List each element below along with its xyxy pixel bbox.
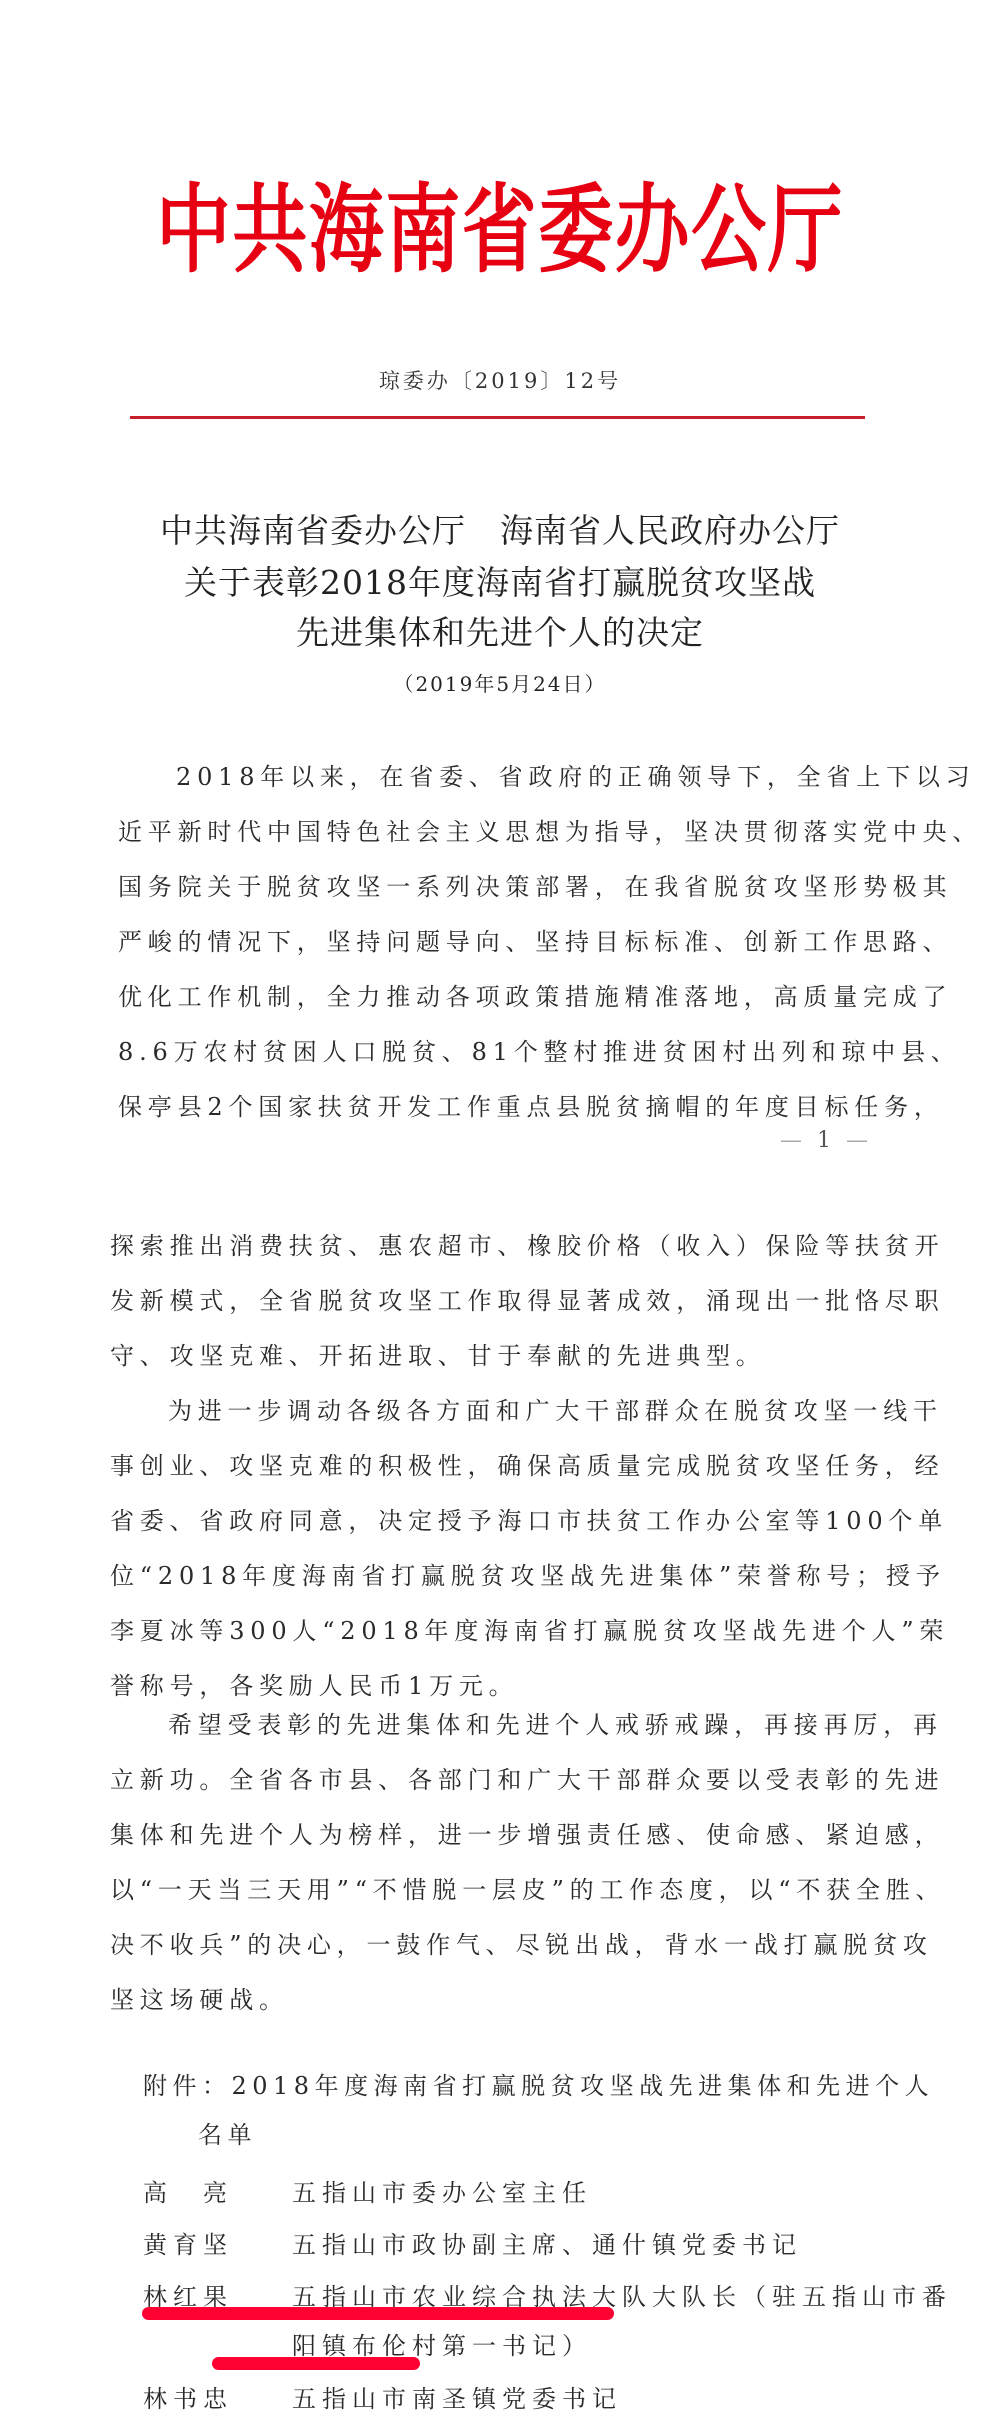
paragraph-line: 保亭县2个国家扶贫开发工作重点县脱贫摘帽的年度目标任务， xyxy=(118,1092,888,1122)
paragraph-line: 誉称号，各奖励人民币1万元。 xyxy=(110,1671,880,1701)
decision-title-line-3: 先进集体和先进个人的决定 xyxy=(0,610,1000,656)
decision-title-line-1: 中共海南省委办公厅 海南省人民政府办公厅 xyxy=(0,508,1000,554)
awardee-role: 五指山市委办公室主任 xyxy=(292,2173,592,2208)
awardee-name: 黄育坚 xyxy=(143,2225,253,2260)
paragraph-line: 8.6万农村贫困人口脱贫、81个整村推进贫困村出列和琼中县、 xyxy=(118,1037,888,1067)
awardee-name: 高 亮 xyxy=(143,2173,253,2208)
paragraph-line: 近平新时代中国特色社会主义思想为指导，坚决贯彻落实党中央、 xyxy=(118,817,888,847)
header-divider xyxy=(130,416,865,419)
paragraph-line: 省委、省政府同意，决定授予海口市扶贫工作办公室等100个单 xyxy=(110,1506,880,1536)
awardee-role: 五指山市政协副主席、通什镇党委书记 xyxy=(292,2225,802,2260)
paragraph-line: 2018年以来，在省委、省政府的正确领导下，全省上下以习 xyxy=(118,762,946,792)
paragraph-line: 为进一步调动各级各方面和广大干部群众在脱贫攻坚一线干 xyxy=(110,1396,938,1426)
paragraph-line: 立新功。全省各市县、各部门和广大干部群众要以受表彰的先进 xyxy=(110,1765,880,1795)
issuer-title: 中共海南省委办公厅 xyxy=(110,175,890,285)
decision-title-line-2: 关于表彰2018年度海南省打赢脱贫攻坚战 xyxy=(0,560,1000,606)
page-number-value: 1 xyxy=(817,1128,835,1153)
awardee-name: 林书忠 xyxy=(143,2379,253,2414)
paragraph-line: 集体和先进个人为榜样，进一步增强责任感、使命感、紧迫感， xyxy=(110,1820,880,1850)
paragraph-line: 决不收兵”的决心，一鼓作气、尽锐出战，背水一战打赢脱贫攻 xyxy=(110,1930,880,1960)
paragraph-line: 守、攻坚克难、开拓进取、甘于奉献的先进典型。 xyxy=(110,1341,880,1371)
awardee-role: 五指山市南圣镇党委书记 xyxy=(292,2379,622,2414)
page-number: — 1 — xyxy=(780,1128,872,1153)
highlight-underline xyxy=(142,2307,614,2320)
paragraph-line: 国务院关于脱贫攻坚一系列决策部署，在我省脱贫攻坚形势极其 xyxy=(118,872,888,902)
paragraph-line: 事创业、攻坚克难的积极性，确保高质量完成脱贫攻坚任务，经 xyxy=(110,1451,880,1481)
paragraph-line: 优化工作机制，全力推动各项政策措施精准落地，高质量完成了 xyxy=(118,982,888,1012)
awardee-role-continued: 阳镇布伦村第一书记） xyxy=(292,2326,592,2361)
attachment-title: 附件：2018年度海南省打赢脱贫攻坚战先进集体和先进个人 xyxy=(143,2071,934,2101)
highlight-underline xyxy=(212,2357,420,2370)
document-number: 琼委办〔2019〕12号 xyxy=(0,365,1000,395)
paragraph-line: 探索推出消费扶贫、惠农超市、橡胶价格（收入）保险等扶贫开 xyxy=(110,1231,880,1261)
decision-date: （2019年5月24日） xyxy=(0,668,1000,697)
paragraph-line: 发新模式，全省脱贫攻坚工作取得显著成效，涌现出一批恪尽职 xyxy=(110,1286,880,1316)
paragraph-line: 严峻的情况下，坚持问题导向、坚持目标标准、创新工作思路、 xyxy=(118,927,888,957)
paragraph-line: 李夏冰等300人“2018年度海南省打赢脱贫攻坚战先进个人”荣 xyxy=(110,1616,880,1646)
attachment-title-cont: 名单 xyxy=(198,2120,257,2150)
paragraph-line: 位“2018年度海南省打赢脱贫攻坚战先进集体”荣誉称号；授予 xyxy=(110,1561,880,1591)
paragraph-line: 以“一天当三天用”“不惜脱一层皮”的工作态度，以“不获全胜、 xyxy=(110,1875,880,1905)
paragraph-line: 希望受表彰的先进集体和先进个人戒骄戒躁，再接再厉，再 xyxy=(110,1710,938,1740)
paragraph-line: 坚这场硬战。 xyxy=(110,1985,880,2015)
